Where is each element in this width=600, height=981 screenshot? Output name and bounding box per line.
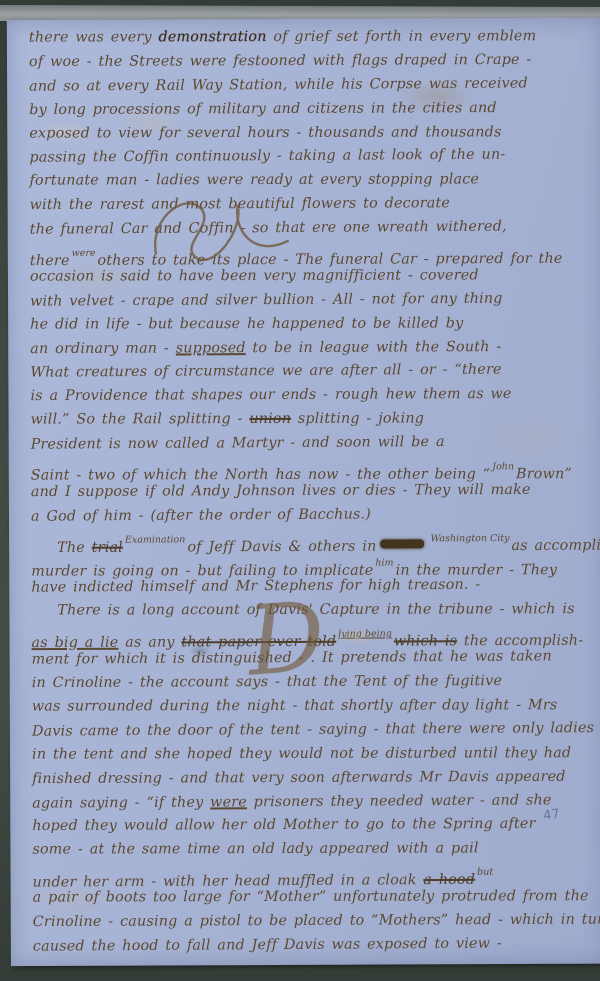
text-segment: he did in life - but because he happened… — [30, 315, 463, 332]
text-segment: but — [477, 867, 493, 878]
manuscript-lines: there was every demonstration of grief s… — [7, 18, 600, 959]
text-segment: a God of him - (after the order of Bacch… — [31, 506, 371, 524]
ink-blot — [380, 539, 424, 548]
text-segment: finished dressing - and that very soon a… — [32, 768, 566, 786]
text-segment: lying being — [338, 629, 392, 640]
handwritten-line: and so at every Rail Way Station, while … — [29, 72, 599, 100]
handwritten-line: by long processions of military and citi… — [29, 96, 599, 122]
text-segment: a pair of boots too large for “Mother” u… — [33, 888, 589, 905]
text-segment: is a Providence that shapes our ends - r… — [30, 386, 511, 404]
handwritten-line: will.” So the Rail splitting - union spl… — [31, 407, 600, 432]
text-segment: caused the hood to fall and Jeff Davis w… — [33, 935, 502, 954]
text-segment: an ordinary man - — [30, 340, 176, 357]
handwritten-line: again saying - “if they were prisoners t… — [32, 788, 600, 816]
handwritten-line: in Crinoline - the account says - that t… — [32, 670, 600, 696]
handwritten-line: of woe - the Streets were festooned with… — [29, 48, 599, 74]
text-segment: John — [492, 461, 514, 472]
text-segment: and I suppose if old Andy Johnson lives … — [31, 482, 531, 500]
text-segment: demonstration — [158, 29, 266, 45]
handwritten-line: What creatures of circumstance we are af… — [30, 358, 600, 386]
handwritten-line: therewereothers to take its place - The … — [30, 240, 600, 266]
text-segment: in Crinoline - the account says - that t… — [32, 673, 502, 691]
text-segment: of grief set forth in every emblem — [267, 28, 537, 45]
text-segment: ment for which it is distinguished - . I… — [32, 648, 552, 667]
text-segment: hoped they would allow her old Mother to… — [32, 816, 535, 834]
handwritten-line: President is now called a Martyr - and s… — [31, 430, 600, 458]
scanned-manuscript-screenshot: { "page": { "page_number": "47", "flouri… — [0, 0, 600, 981]
text-segment: of woe - the Streets were festooned with… — [29, 52, 532, 70]
handwritten-line: fortunate man - ladies were ready at eve… — [30, 168, 600, 193]
text-segment: was surrounded during the night - that s… — [32, 697, 558, 714]
text-segment: and so at every Rail Way Station, while … — [29, 75, 528, 94]
handwritten-line: murder is going on - but failing to impl… — [31, 551, 600, 576]
handwritten-line: under her arm - with her head muffled in… — [32, 860, 600, 888]
handwritten-line: ment for which it is distinguished - . I… — [32, 645, 600, 673]
handwritten-line: some - at the same time an old lady appe… — [32, 837, 600, 862]
page-number-pencil: 47 — [542, 807, 561, 824]
handwritten-line: The trialExaminationof Jeff Davis & othe… — [31, 526, 600, 552]
handwritten-line: finished dressing - and that very soon a… — [32, 765, 600, 791]
text-segment: Davis came to the door of the tent - say… — [32, 720, 594, 740]
text-segment: will.” So the Rail splitting - — [31, 411, 250, 428]
text-segment: were — [72, 248, 96, 259]
handwritten-line: with the rarest and most beautiful flowe… — [30, 192, 600, 218]
text-segment: him — [375, 557, 393, 568]
text-segment: were — [210, 794, 247, 810]
handwritten-line: the funeral Car and Coffin - so that ere… — [30, 215, 600, 243]
handwritten-line: occasion is said to have been very magni… — [30, 264, 600, 289]
handwritten-line: a pair of boots too large for “Mother” u… — [33, 885, 600, 910]
text-segment: with velvet - crape and silver bullion -… — [30, 290, 503, 309]
text-segment: again saying - “if they — [32, 794, 210, 811]
handwritten-line: Davis came to the door of the tent - say… — [32, 717, 600, 745]
handwritten-line: there was every demonstration of grief s… — [29, 25, 599, 50]
text-segment: splitting - joking — [291, 411, 424, 427]
text-segment: some - at the same time an old lady appe… — [32, 841, 478, 858]
handwritten-line: a God of him - (after the order of Bacch… — [31, 502, 600, 530]
handwritten-line: hoped they would allow her old Mother to… — [32, 813, 600, 839]
text-segment: exposed to view for several hours - thou… — [29, 124, 501, 141]
text-segment: President is now called a Martyr - and s… — [31, 434, 445, 453]
manuscript-page: there was every demonstration of grief s… — [7, 18, 600, 967]
handwritten-line: There is a long account of Davis' Captur… — [31, 598, 600, 623]
handwritten-line: was surrounded during the night - that s… — [32, 694, 600, 719]
text-segment: Crinoline - causing a pistol to be place… — [33, 911, 600, 930]
text-segment: What creatures of circumstance we are af… — [30, 362, 501, 381]
handwritten-line: as big a lie as any that paper ever told… — [31, 622, 600, 648]
handwritten-line: Saint - two of which the North has now -… — [31, 455, 600, 480]
handwritten-line: passing the Coffin continuously - taking… — [29, 143, 599, 171]
text-segment: with the rarest and most beautiful flowe… — [30, 195, 450, 213]
handwritten-line: exposed to view for several hours - thou… — [29, 121, 599, 146]
handwritten-line: in the tent and she hoped they would not… — [32, 742, 600, 767]
text-segment: occasion is said to have been very magni… — [30, 267, 479, 284]
handwritten-line: caused the hood to fall and Jeff Davis w… — [33, 932, 600, 960]
text-segment: prisoners they needed water - and she — [247, 792, 552, 810]
handwritten-line: is a Providence that shapes our ends - r… — [30, 383, 600, 409]
text-segment: Saint - two of which the North has now -… — [31, 466, 491, 483]
text-segment: Examination — [125, 534, 186, 545]
text-segment: in the tent and she hoped they would not… — [32, 745, 571, 762]
text-segment: There is a long account of Davis' Captur… — [57, 602, 574, 619]
handwritten-line: with velvet - crape and silver bullion -… — [30, 287, 600, 315]
text-segment: fortunate man - ladies were ready at eve… — [30, 172, 480, 189]
text-segment: supposed — [176, 340, 246, 356]
text-segment: have indicted himself and Mr Stephens fo… — [31, 577, 480, 596]
text-segment: the funeral Car and Coffin - so that ere… — [30, 219, 507, 238]
text-segment: union — [249, 411, 291, 427]
text-segment: by long processions of military and citi… — [29, 100, 497, 118]
handwritten-line: Crinoline - causing a pistol to be place… — [33, 909, 600, 935]
text-segment: Brown” — [516, 466, 572, 482]
text-segment: Washington City — [430, 533, 509, 544]
text-segment: to be in league with the South - — [246, 339, 502, 356]
handwritten-line: he did in life - but because he happened… — [30, 312, 600, 337]
text-segment: passing the Coffin continuously - taking… — [29, 147, 505, 166]
text-segment: there was every — [29, 29, 159, 45]
handwritten-line: have indicted himself and Mr Stephens fo… — [31, 573, 600, 601]
